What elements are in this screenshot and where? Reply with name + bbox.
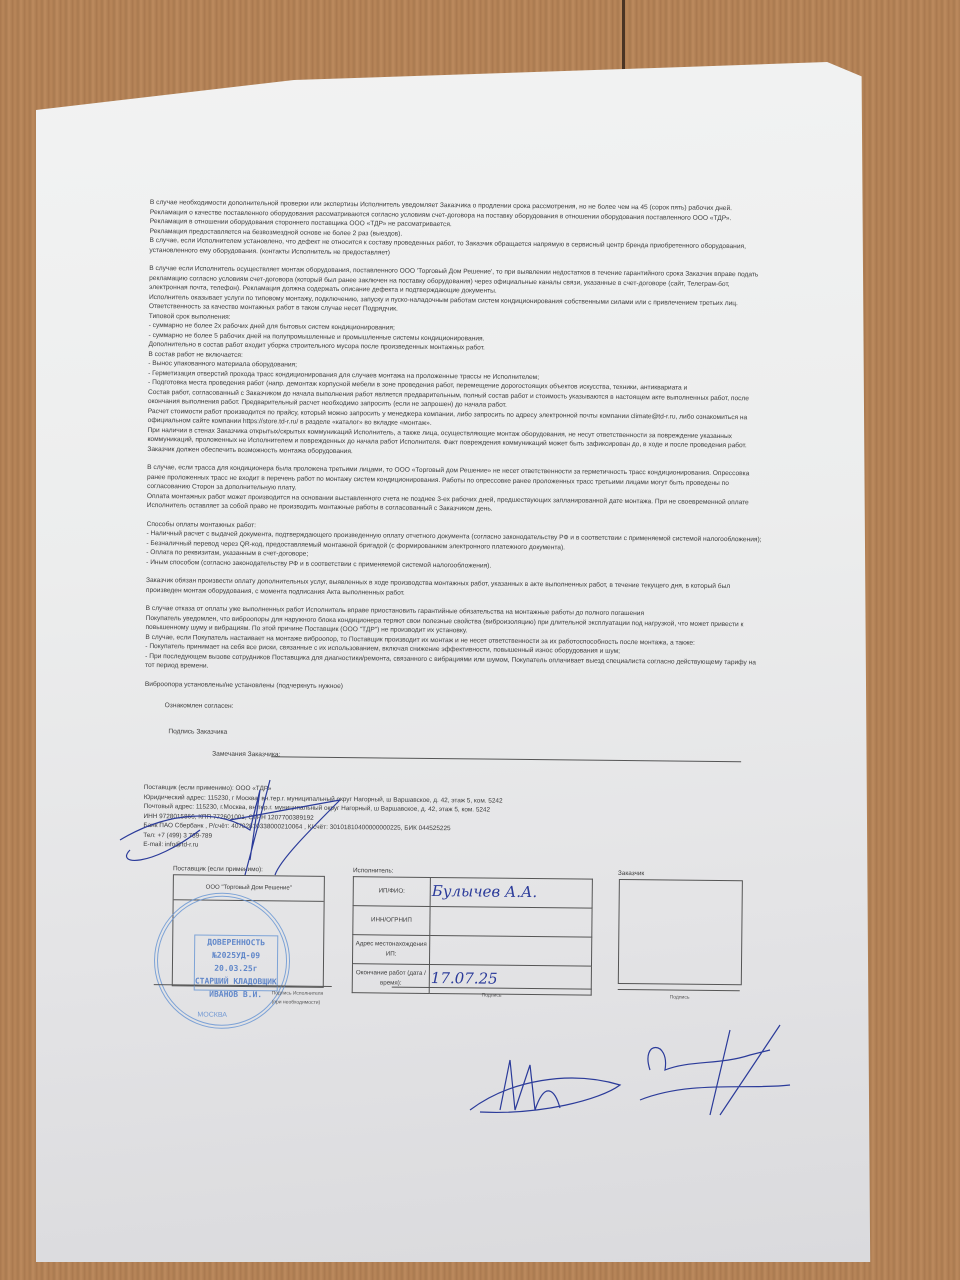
section-payment-methods: Способы оплаты монтажных работ:- Наличны…: [146, 519, 766, 573]
section-vibration-mounts: В случае отказа от оплаты уже выполненны…: [145, 604, 766, 677]
customer-remarks-label: Замечания Заказчика:: [212, 750, 280, 760]
customer-box[interactable]: [618, 878, 743, 984]
contractor-signature-caption: Подпись: [482, 991, 502, 1001]
stamp-line: ИВАНОВ В.И.: [195, 987, 277, 1001]
contractor-row-value[interactable]: 17.07.25: [429, 964, 591, 995]
contractor-row: Окончание работ (дата / время):17.07.25: [352, 963, 591, 995]
contractor-row-label: Окончание работ (дата / время):: [352, 963, 429, 993]
section-installation: В случае если Исполнитель осуществляет м…: [147, 264, 769, 460]
signature-tables: Поставщик (если применимо): ООО "Торговы…: [141, 863, 763, 1019]
contractor-table: ИП/ФИО:Булычев А.А.ИНН/ОГРНИПАдрес место…: [352, 876, 593, 996]
stamp-line: №2025УД-09 20.03.25г: [195, 948, 277, 975]
customer-signature-caption: Подпись: [670, 993, 690, 1003]
supplier-signature-caption: Подпись Исполнителя (при необходимости): [272, 989, 332, 1009]
contractor-row-value[interactable]: [430, 906, 592, 937]
contractor-row: Адрес местонахождения ИП:: [352, 934, 591, 966]
company-stamp: ДОВЕРЕННОСТЬ№2025УД-09 20.03.25гСТАРШИЙ …: [153, 892, 290, 1029]
supplier-details: Поставщик (если применимо): ООО «ТДР»Юри…: [143, 783, 764, 856]
contractor-row-label: ИНН/ОГРНИП: [353, 905, 430, 935]
contractor-column-label: Исполнитель:: [353, 866, 394, 876]
contractor-row: ИНН/ОГРНИП: [353, 905, 592, 937]
contractor-row: ИП/ФИО:Булычев А.А.: [353, 876, 592, 908]
section-third-party-lines: В случае, если трасса для кондиционера б…: [147, 463, 767, 517]
acknowledged-label: Ознакомлен согласен:: [165, 701, 234, 711]
stamp-line: СТАРШИЙ КЛАДОВЩИК: [195, 974, 277, 988]
stamp-ring-text: МОСКВА: [197, 1011, 227, 1021]
contractor-row-value[interactable]: Булычев А.А.: [430, 877, 592, 908]
customer-signature-caption: Подпись Заказчика: [168, 727, 227, 737]
customer-signature-line: [618, 988, 740, 990]
table-surface-seam: [622, 0, 625, 75]
document-body: В случае необходимости дополнительной пр…: [141, 198, 770, 1020]
contractor-row-label: ИП/ФИО:: [353, 876, 430, 906]
contractor-row-label: Адрес местонахождения ИП:: [352, 934, 429, 964]
stamp-line: ДОВЕРЕННОСТЬ: [195, 935, 277, 949]
contractor-row-value[interactable]: [429, 935, 591, 966]
customer-acknowledgement: Ознакомлен согласен: Подпись Заказчика З…: [144, 689, 765, 775]
supplier-column-label: Поставщик (если применимо):: [173, 864, 263, 874]
customer-column-label: Заказчик: [618, 868, 644, 878]
stamp-text: ДОВЕРЕННОСТЬ№2025УД-09 20.03.25гСТАРШИЙ …: [194, 934, 279, 991]
customer-remarks-field[interactable]: [271, 756, 741, 762]
section-claims: В случае необходимости дополнительной пр…: [149, 198, 770, 261]
